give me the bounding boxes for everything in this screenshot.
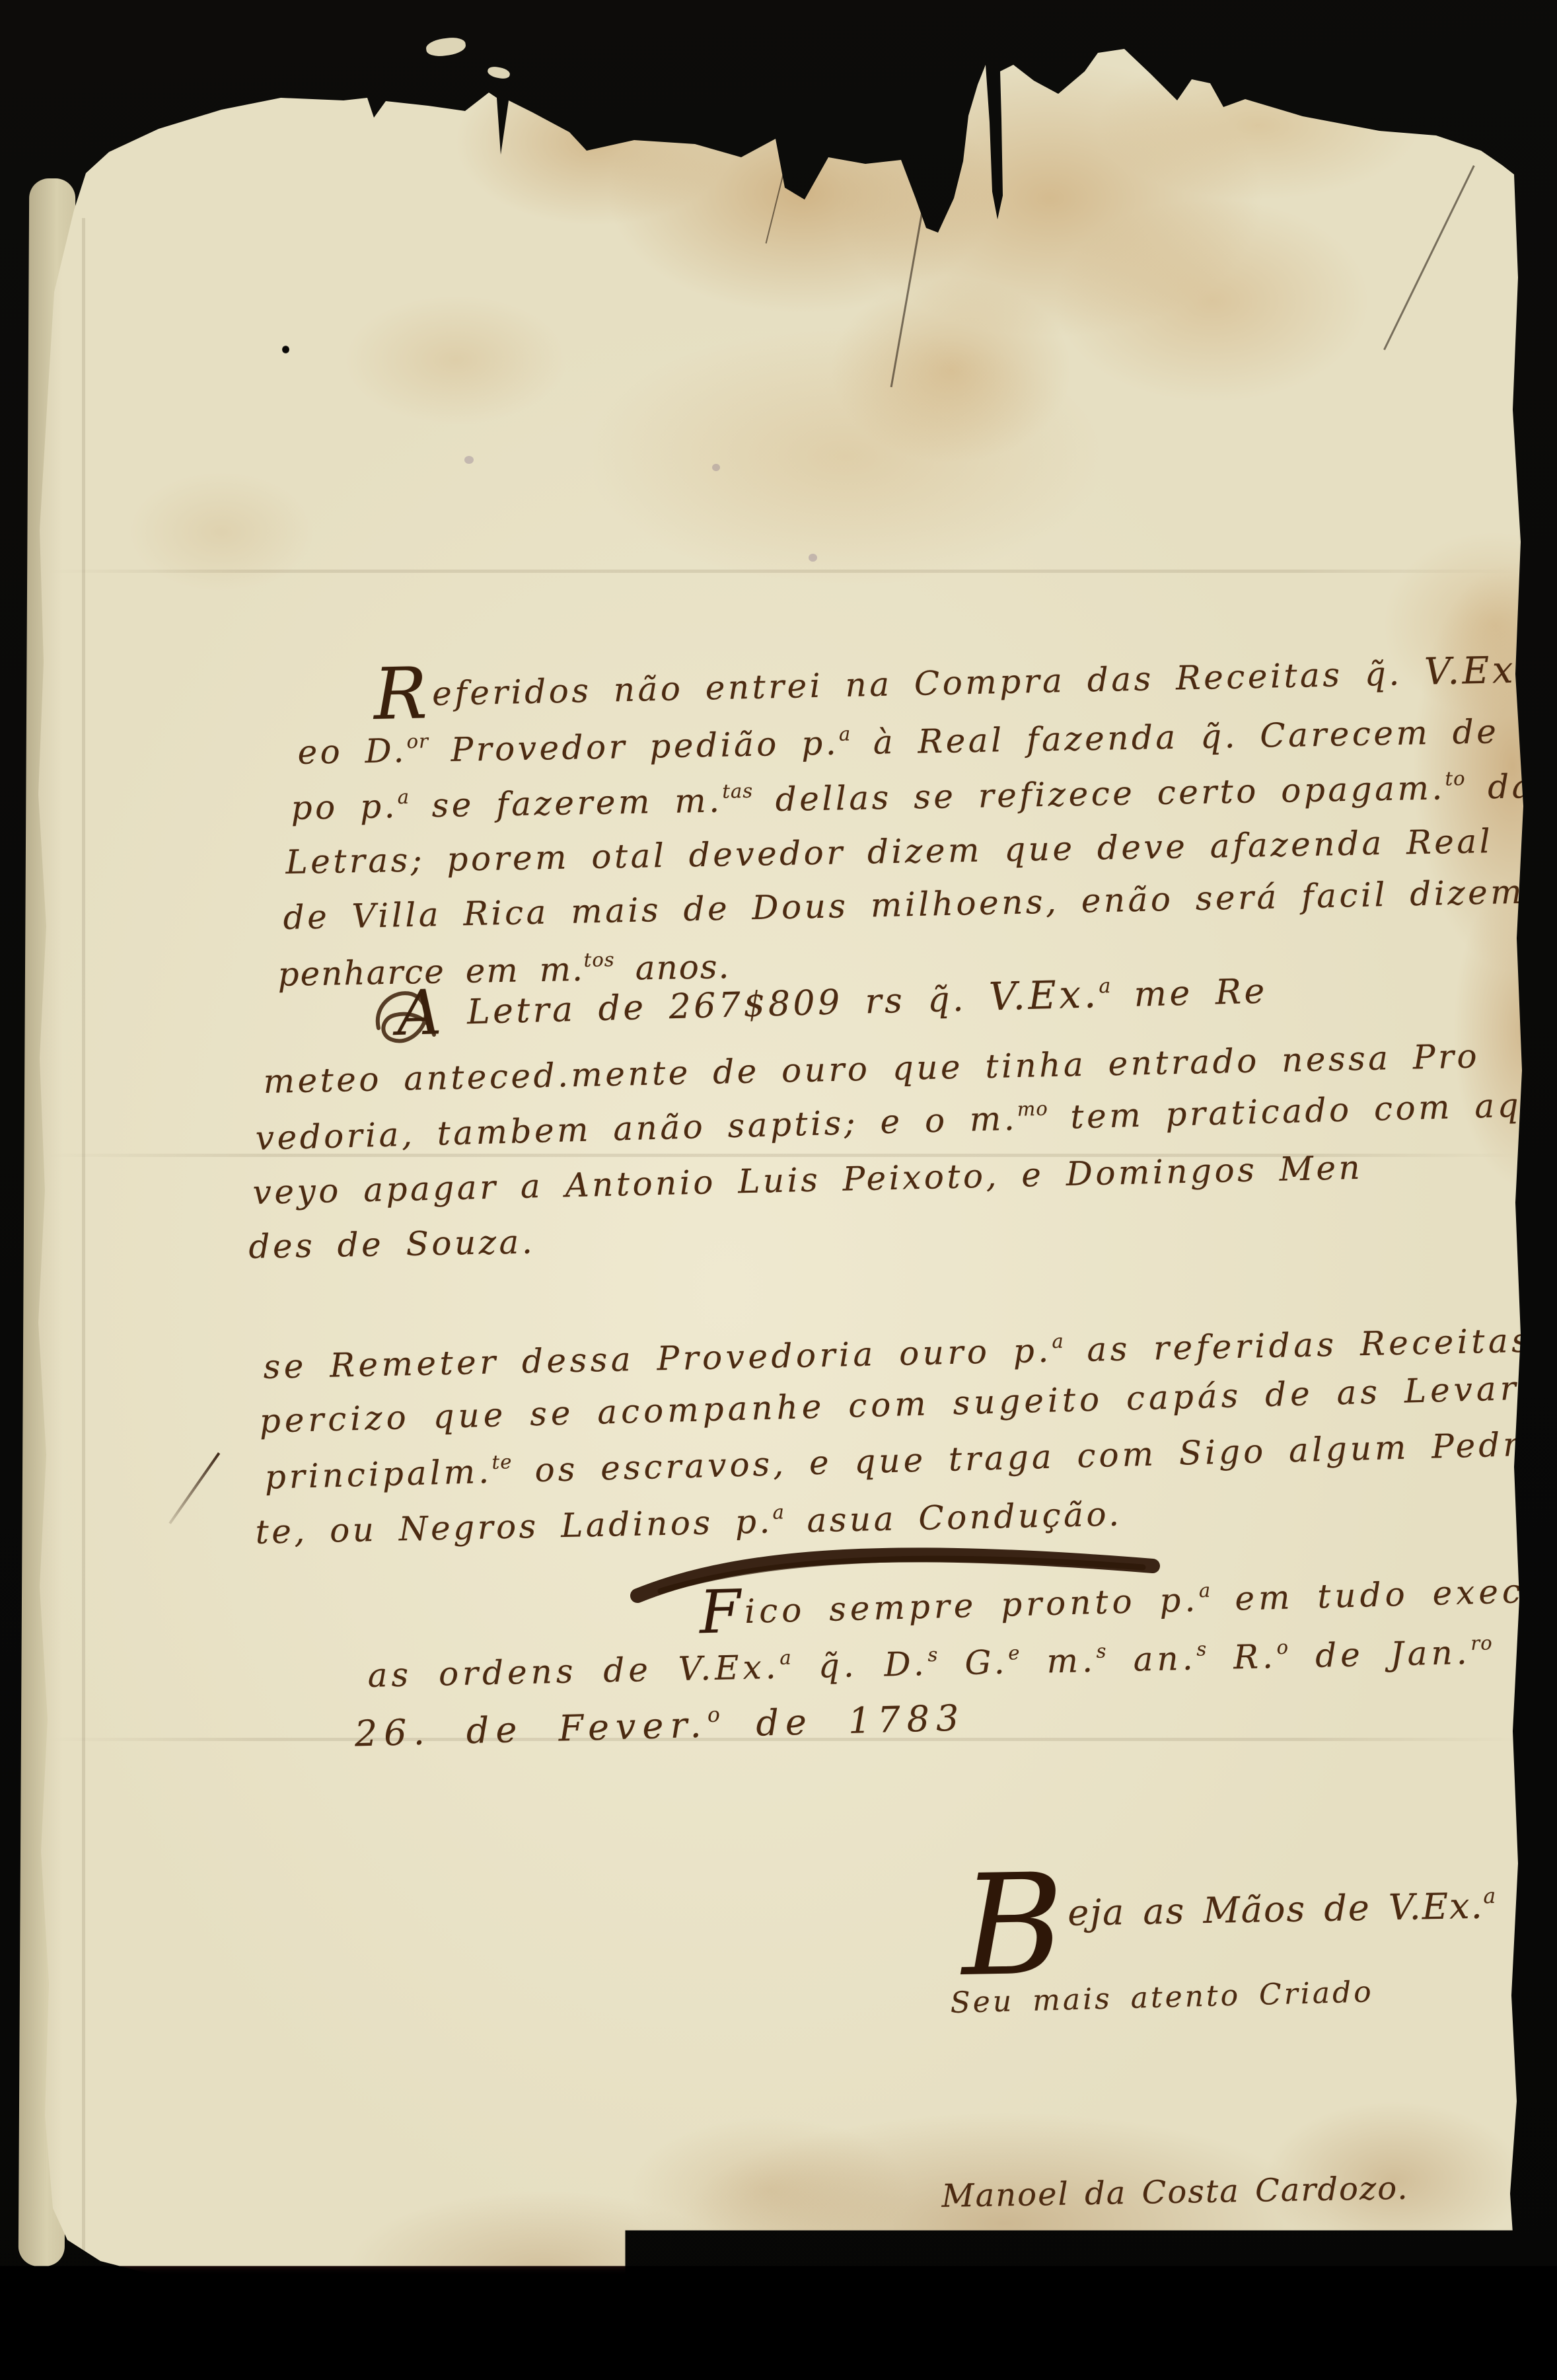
paper-shard [425, 36, 466, 58]
line-text: vedoria, tambem anão saptis; e o m. [255, 1099, 1018, 1158]
line-text: me Re [1111, 971, 1268, 1015]
superscript-abbreviation: a [1531, 650, 1543, 673]
line-text: de Villa Rica mais de Dous milhoens, enã… [283, 873, 1525, 937]
line-text: dellas se refizece certo opagam. [753, 768, 1445, 819]
manuscript-line-5: de Villa Rica mais de Dous milhoens, enã… [283, 873, 1525, 937]
line-text: os escravos, e que traga com Sigo algum … [512, 1424, 1557, 1490]
honorific-abbreviation: V.Ex. [1424, 648, 1531, 693]
manuscript-line-3: po p.a se fazerem m.tas dellas se refize… [291, 766, 1555, 827]
manuscript-line-1: Referidos não entrei na Compra das Recei… [373, 648, 1543, 716]
initial-capital: A [396, 977, 446, 1050]
superscript-abbreviation: a [772, 1501, 785, 1523]
line-text: Provedor pedião p. [429, 724, 840, 770]
superscript-abbreviation: a [1342, 1250, 1355, 1273]
line-text: m. [1020, 1641, 1097, 1681]
manuscript-line-20-valediction: Beja as Mãos de V.Ex.a [961, 1884, 1497, 1936]
line-text: Letra de 267$809 rs q̃. [444, 979, 990, 1033]
line-text: das [1465, 766, 1554, 806]
superscript-abbreviation: a [1483, 1884, 1496, 1908]
superscript-abbreviation: a [1099, 975, 1112, 998]
line-text: à Real fazenda q̃. Carecem de tem [851, 711, 1557, 762]
line-text: de Jan. [1289, 1633, 1471, 1676]
fold-crease [46, 570, 1519, 573]
superscript-abbreviation: s [1196, 1637, 1208, 1660]
photographed-manuscript-scene: Referidos não entrei na Compra das Recei… [0, 0, 1557, 2380]
line-text: G. [938, 1643, 1009, 1683]
initial-capital: P [778, 1257, 820, 1321]
paper-tear-crack [890, 198, 925, 387]
line-text: de 1783 [720, 1697, 966, 1745]
superscript-abbreviation: mo [1017, 1097, 1048, 1121]
superscript-abbreviation: te [491, 1450, 513, 1473]
line-text: eo D. [297, 731, 407, 772]
superscript-abbreviation: tas [722, 780, 753, 803]
paper-shard [487, 65, 511, 81]
ink-speck [809, 554, 817, 562]
line-text: se Remeter dessa Provedoria ouro p. [263, 1331, 1052, 1386]
line-text: po p. [291, 787, 398, 827]
superscript-abbreviation: a [1198, 1579, 1211, 1602]
line-text: as referidas Receitas será [1064, 1319, 1557, 1369]
manuscript-line-10: veyo apagar a Antonio Luis Peixoto, e Do… [252, 1148, 1363, 1212]
manuscript-line-18: as ordens de V.Ex.a q̃. D.s G.e m.s an.s… [367, 1631, 1494, 1695]
manuscript-line-2: eo D.or Provedor pedião p.a à Real fazen… [297, 710, 1557, 772]
superscript-abbreviation: a [397, 786, 410, 808]
manuscript-line-19-dateline: 26. de Fever.o de 1783 [354, 1697, 966, 1755]
line-text: q̃. D. [791, 1645, 928, 1686]
superscript-abbreviation: a [1052, 1330, 1064, 1353]
line-text: q̃. no Cazo de [1354, 1240, 1557, 1288]
line-text: em tudo executar [1211, 1570, 1557, 1619]
paper-tear-crack [766, 160, 787, 244]
manuscript-line-4: Letras; porem otal devedor dizem que dev… [285, 822, 1494, 881]
superscript-abbreviation: ça [1120, 1257, 1143, 1280]
line-text: onho na prez. [819, 1259, 1121, 1307]
ink-speck [464, 456, 474, 464]
superscript-abbreviation: or [406, 730, 429, 753]
superscript-abbreviation: s [927, 1643, 939, 1666]
signature-text: Manoel da Costa Cardozo. [941, 2170, 1409, 2215]
superscript-abbreviation: a [839, 722, 851, 745]
line-text: tem praticado com aque [1048, 1085, 1557, 1137]
pen-stroke [168, 1452, 220, 1524]
manuscript-line-11: des de Souza. [248, 1222, 536, 1266]
superscript-abbreviation: a [779, 1647, 792, 1669]
line-text: Letras; porem otal devedor dizem que dev… [285, 822, 1494, 881]
superscript-abbreviation: o [1276, 1636, 1289, 1658]
initial-capital: F [698, 1577, 745, 1648]
line-text: an. [1106, 1639, 1197, 1680]
left-fold-crease [82, 218, 85, 2253]
superscript-abbreviation: e [1008, 1641, 1021, 1664]
manuscript-line-12: Ponho na prez.ça de V.Ex.a q̃. no Cazo d… [778, 1238, 1557, 1308]
line-text: R. [1207, 1637, 1278, 1677]
superscript-abbreviation: o [707, 1703, 721, 1727]
initial-capital: B [960, 1843, 1067, 2007]
superscript-abbreviation: s [1096, 1640, 1107, 1662]
superscript-abbreviation: to [1445, 767, 1466, 790]
line-text: de V.Ex. [1142, 1251, 1344, 1296]
manuscript-paper: Referidos não entrei na Compra das Recei… [0, 0, 1557, 2380]
line-text: des de Souza. [248, 1222, 536, 1266]
line-text: principalm. [264, 1452, 493, 1497]
line-text: eferidos não entrei na Compra das Receit… [432, 654, 1425, 713]
line-text: eja as Mãos de V.Ex. [1068, 1885, 1484, 1934]
initial-capital: R [373, 653, 431, 737]
ink-speck [712, 464, 720, 471]
line-text: veyo apagar a Antonio Luis Peixoto, e Do… [252, 1148, 1363, 1212]
line-text: 26. de Fever. [354, 1704, 708, 1755]
paper-tear-crack [1383, 165, 1475, 350]
worm-hole [282, 346, 289, 353]
honorific-abbreviation: V.Ex. [988, 971, 1099, 1019]
superscript-abbreviation: ro [1470, 1631, 1493, 1655]
superscript-abbreviation: tos [583, 948, 615, 971]
manuscript-signature: Manoel da Costa Cardozo. [941, 2170, 1409, 2215]
line-text: se fazerem m. [410, 781, 723, 825]
line-text: as ordens de V.Ex. [367, 1648, 780, 1695]
